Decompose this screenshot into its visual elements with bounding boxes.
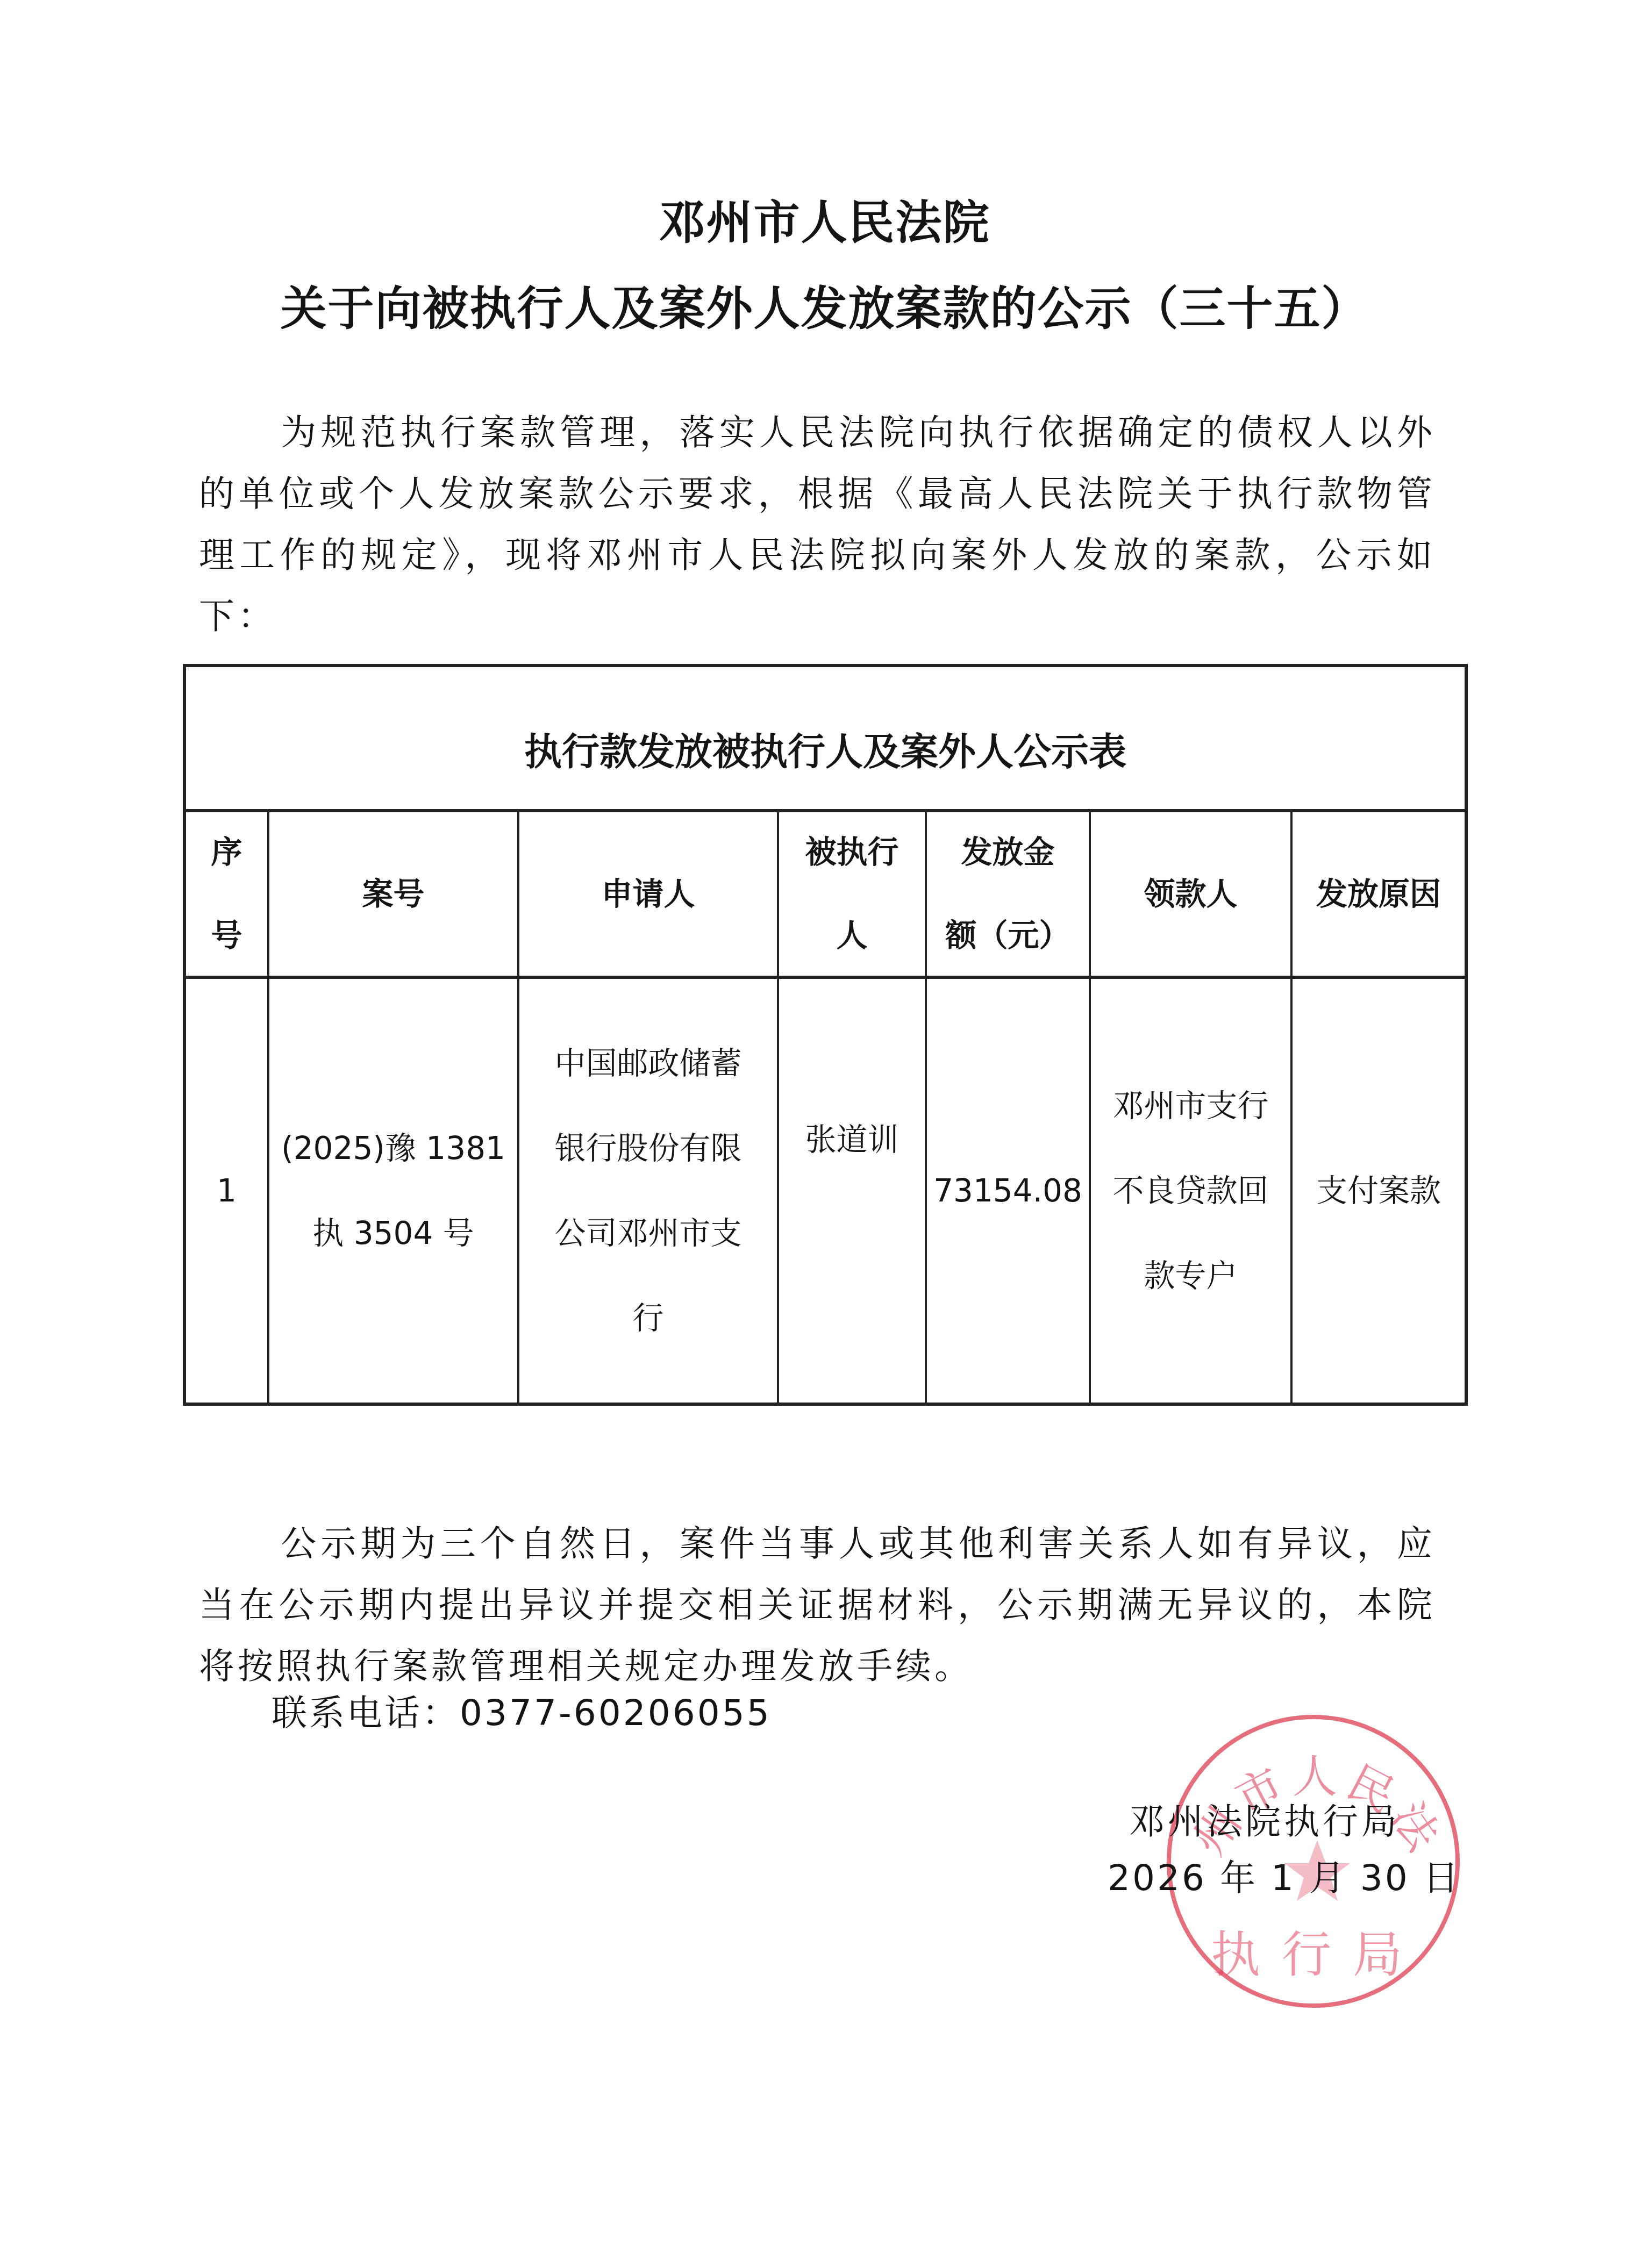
- header-text: 序: [211, 811, 242, 894]
- header-text: 人: [836, 894, 867, 977]
- cell-text: 1: [217, 1148, 237, 1233]
- cell-applicant: 中国邮政储蓄银行股份有限公司邓州市支行: [519, 979, 779, 1403]
- cell-index: 1: [186, 979, 269, 1403]
- document-title-notice: 关于向被执行人及案外人发放案款的公示（三十五）: [0, 271, 1649, 338]
- table-row: 1 (2025)豫 1381执 3504 号 中国邮政储蓄银行股份有限公司邓州市…: [186, 979, 1465, 1403]
- contact-phone: 联系电话：0377-60206055: [272, 1684, 772, 1735]
- table-caption: 执行款发放被执行人及案外人公示表: [186, 667, 1465, 812]
- header-case-no: 案号: [269, 812, 519, 976]
- intro-paragraph: 为规范执行案款管理，落实人民法院向执行依据确定的债权人以外的单位或个人发放案款公…: [199, 402, 1436, 647]
- header-text: 号: [211, 894, 242, 977]
- header-text: 发放金: [961, 811, 1054, 894]
- header-applicant: 申请人: [519, 812, 779, 976]
- cell-amount: 73154.08: [927, 979, 1091, 1403]
- intro-text: 为规范执行案款管理，落实人民法院向执行依据确定的债权人以外的单位或个人发放案款公…: [199, 412, 1436, 637]
- header-reason: 发放原因: [1293, 812, 1465, 976]
- table-header-row: 序号 案号 申请人 被执行人 发放金额（元） 领款人 发放原因: [186, 812, 1465, 979]
- header-text: 额（元）: [945, 894, 1070, 977]
- cell-text: 执 3504 号: [312, 1191, 474, 1276]
- cell-text: 银行股份有限: [554, 1106, 741, 1191]
- issue-date: 2026 年 1 月 30 日: [1108, 1849, 1461, 1900]
- header-amount: 发放金额（元）: [927, 812, 1091, 976]
- cell-payee: 邓州市支行不良贷款回款专户: [1091, 979, 1293, 1403]
- cell-text: 支付案款: [1316, 1148, 1441, 1233]
- document-title-court: 邓州市人民法院: [0, 185, 1649, 252]
- issuing-authority: 邓州法院执行局: [1129, 1793, 1400, 1844]
- header-index: 序号: [186, 812, 269, 976]
- header-respondent: 被执行人: [779, 812, 927, 976]
- header-text: 领款人: [1144, 853, 1237, 936]
- cell-text: 邓州市支行: [1112, 1063, 1268, 1148]
- cell-reason: 支付案款: [1293, 979, 1465, 1403]
- notice-text: 公示期为三个自然日，案件当事人或其他利害关系人如有异议，应当在公示期内提出异议并…: [199, 1523, 1436, 1687]
- header-text: 发放原因: [1316, 853, 1441, 936]
- svg-text:执行局: 执行局: [1211, 1926, 1424, 1984]
- cell-text: 款专户: [1144, 1233, 1237, 1318]
- header-text: 案号: [362, 853, 424, 936]
- cell-text: 73154.08: [933, 1148, 1082, 1233]
- header-payee: 领款人: [1091, 812, 1293, 976]
- notice-paragraph: 公示期为三个自然日，案件当事人或其他利害关系人如有异议，应当在公示期内提出异议并…: [199, 1513, 1436, 1697]
- disbursement-table: 执行款发放被执行人及案外人公示表 序号 案号 申请人 被执行人 发放金额（元） …: [183, 664, 1468, 1406]
- header-text: 被执行: [805, 811, 898, 894]
- cell-text: 中国邮政储蓄: [554, 1021, 741, 1106]
- header-text: 申请人: [601, 853, 695, 936]
- cell-text: 张道训: [805, 1097, 898, 1182]
- cell-case-no: (2025)豫 1381执 3504 号: [269, 979, 519, 1403]
- cell-text: 不良贷款回: [1112, 1148, 1268, 1233]
- cell-text: 行: [632, 1276, 663, 1361]
- cell-text: (2025)豫 1381: [281, 1106, 505, 1191]
- cell-respondent: 张道训: [779, 979, 927, 1403]
- cell-text: 公司邓州市支: [554, 1191, 741, 1276]
